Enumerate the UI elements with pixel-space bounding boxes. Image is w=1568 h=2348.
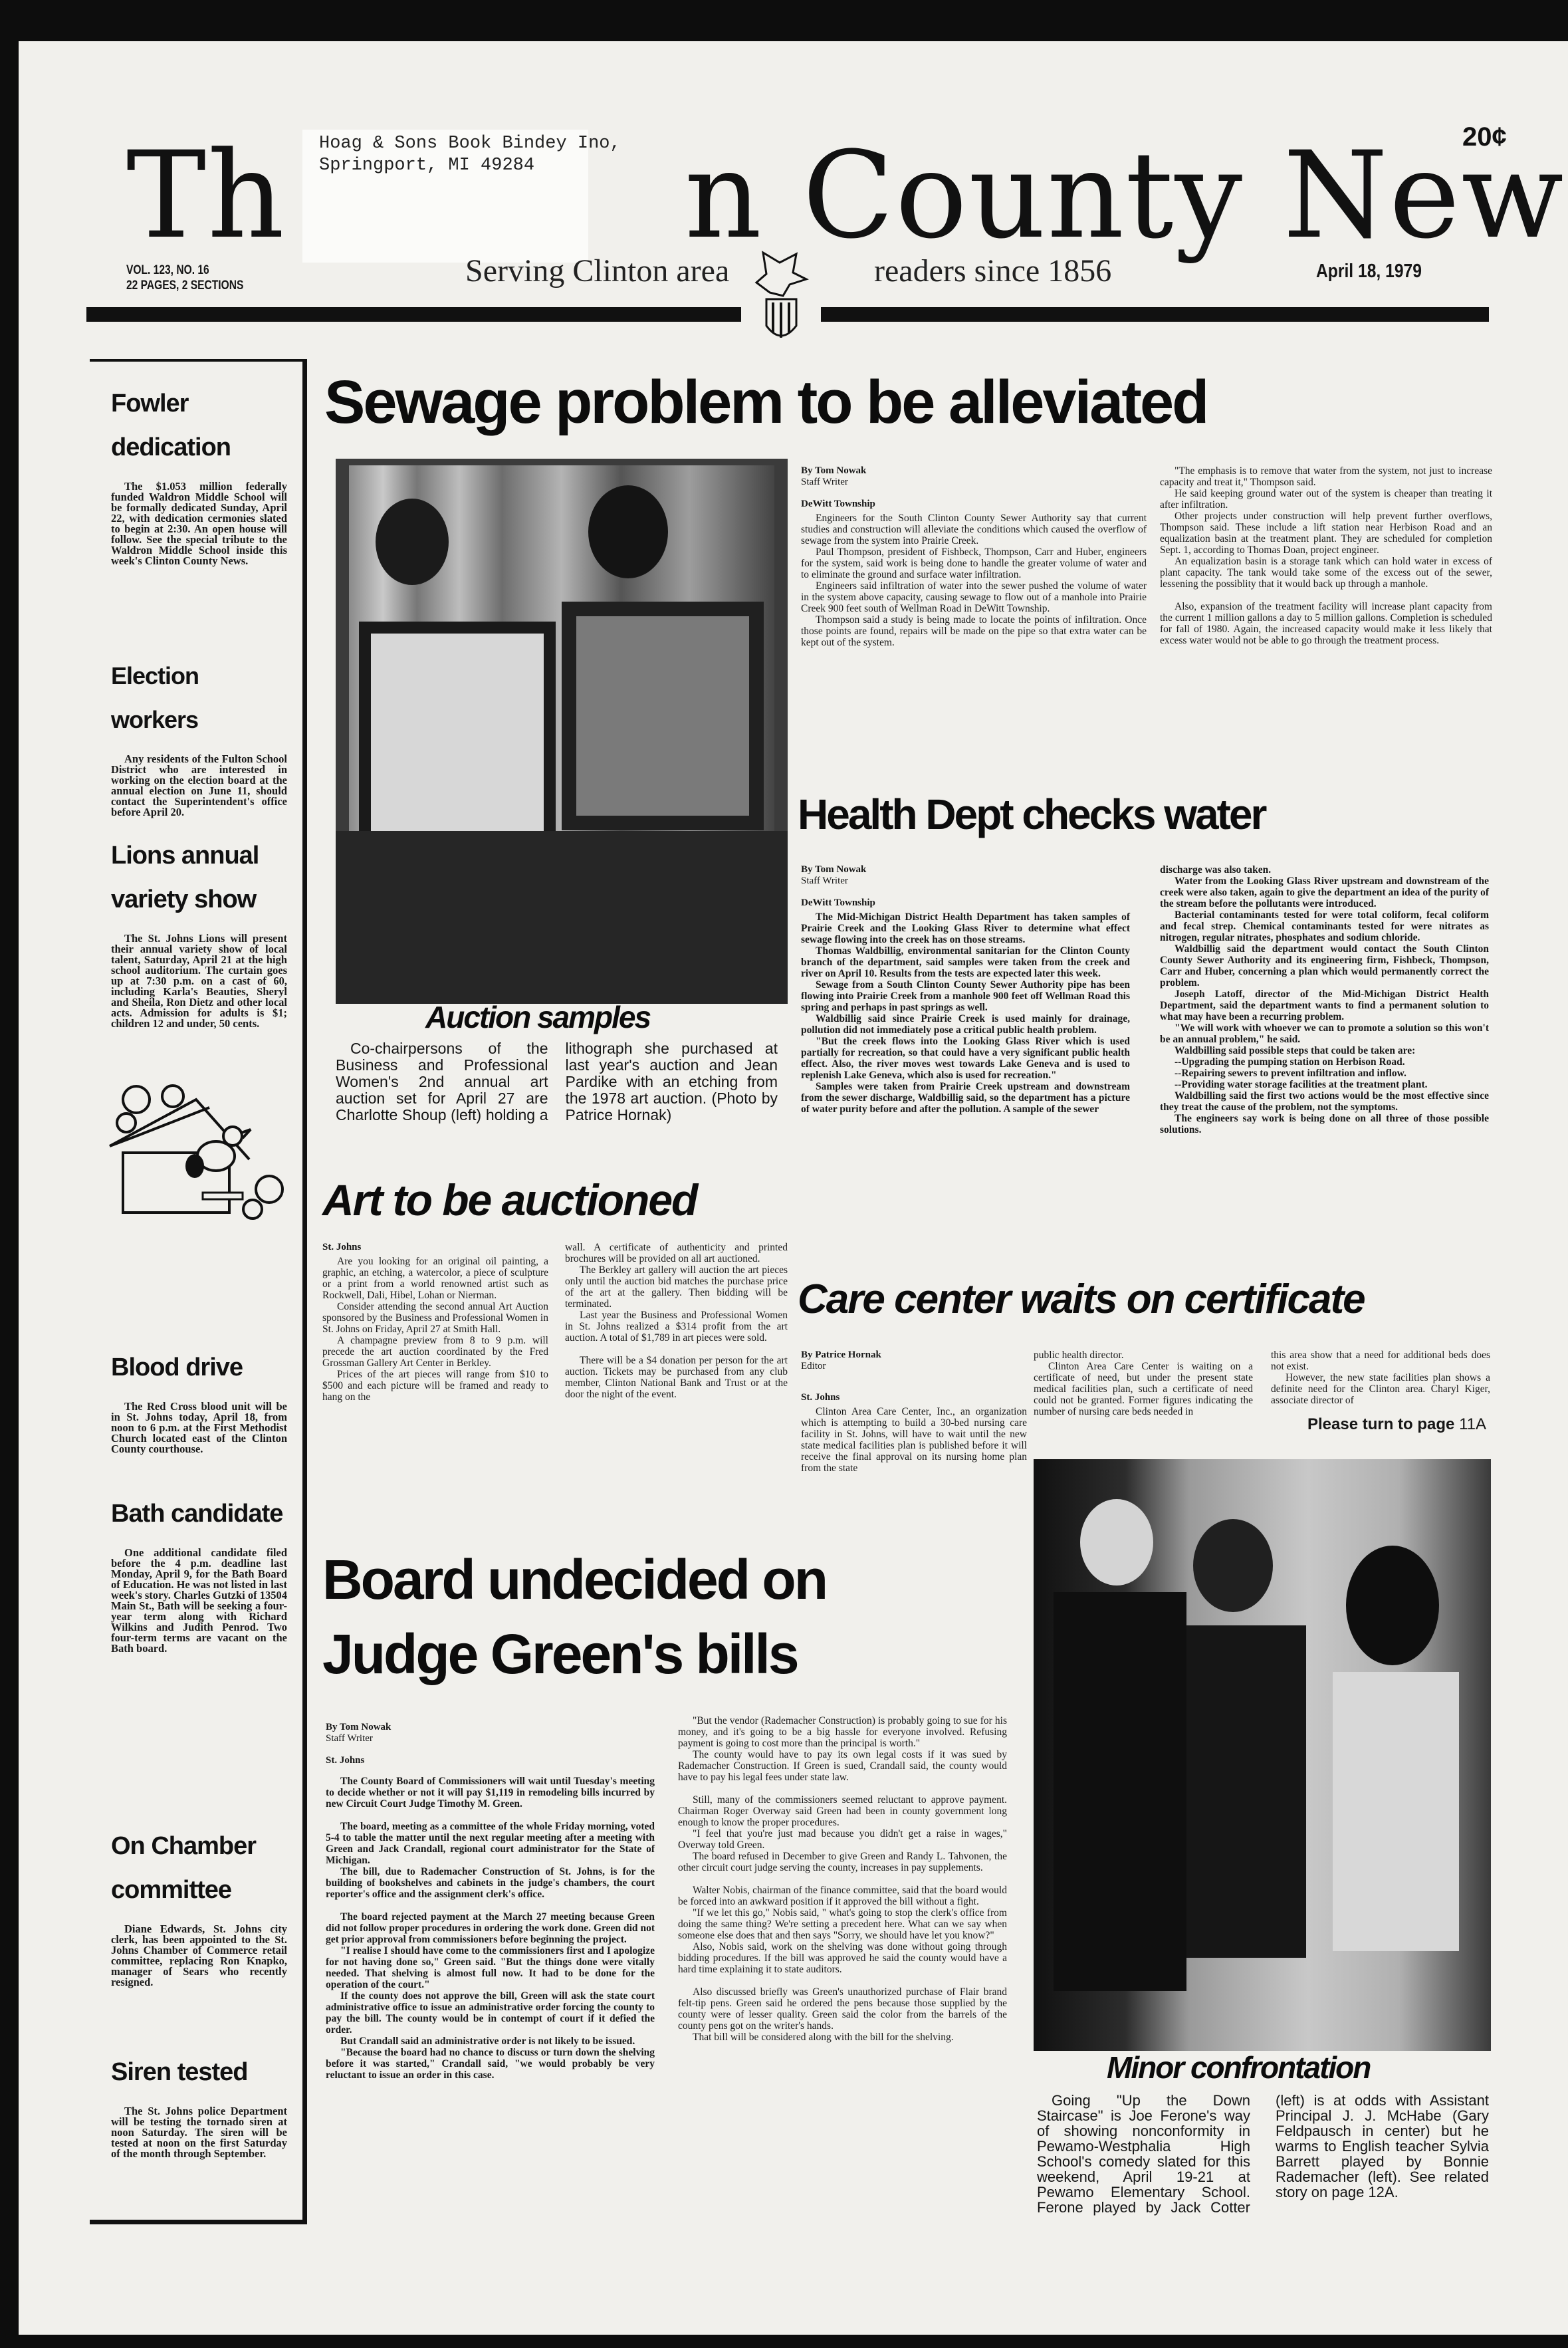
article-health-col2: discharge was also taken. Water from the… — [1160, 864, 1489, 1135]
paragraph: Thompson said a study is being made to l… — [801, 614, 1147, 648]
paragraph: He said keeping ground water out of the … — [1160, 488, 1492, 511]
brief-body: The St. Johns police Department will be … — [111, 2106, 287, 2159]
binder-label: Hoag & Sons Book Bindey Ino, Springport,… — [319, 133, 631, 183]
article-body: public health director. Clinton Area Car… — [1034, 1350, 1253, 1417]
paragraph: Samples were taken from Prairie Creek up… — [801, 1081, 1130, 1115]
paragraph: this area show that a need for additiona… — [1271, 1350, 1490, 1372]
paragraph: Consider attending the second annual Art… — [322, 1301, 548, 1335]
paragraph: Bacterial contaminants tested for were t… — [1160, 909, 1489, 943]
headline-board-undecided: Board undecided on Judge Green's bills — [322, 1542, 826, 1691]
paragraph: Waldbillig said since Prairie Creek is u… — [801, 1013, 1130, 1036]
paragraph: The county would have to pay its own leg… — [678, 1749, 1007, 1783]
paragraph: --Upgrading the pumping station on Herbi… — [1160, 1056, 1489, 1068]
paragraph: --Providing water storage facilities at … — [1160, 1079, 1489, 1090]
person-left-body — [1054, 1592, 1186, 1991]
paragraph: Sewage from a South Clinton County Sewer… — [801, 979, 1130, 1013]
article-art-col1: St. Johns Are you looking for an origina… — [322, 1242, 548, 1403]
brief-body: The $1.053 million federally funded Wald… — [111, 481, 287, 566]
paragraph: Walter Nobis, chairman of the finance co… — [678, 1885, 1007, 1907]
paragraph: The engineers say work is being done on … — [1160, 1113, 1489, 1135]
paragraph: An equalization basin is a storage tank … — [1160, 556, 1492, 590]
byline-role: Staff Writer — [801, 876, 1130, 887]
paragraph: Waldbilling said the first two actions w… — [1160, 1090, 1489, 1113]
headline-auction-samples: Auction samples — [425, 997, 650, 1037]
paragraph: Last year the Business and Professional … — [565, 1310, 788, 1344]
brief-body: One additional candidate filed before th… — [111, 1548, 287, 1654]
paragraph: Are you looking for an original oil pain… — [322, 1256, 548, 1301]
byline-role: Staff Writer — [801, 477, 1147, 488]
article-board-col2: "But the vendor (Rademacher Construction… — [678, 1715, 1007, 2043]
person-center-body — [1186, 1625, 1306, 1958]
article-board-col1: By Tom NowakStaff Writer St. Johns The C… — [326, 1722, 655, 2081]
headline-health-dept: Health Dept checks water — [798, 784, 1265, 844]
paragraph: A champagne preview from 8 to 9 p.m. wil… — [322, 1335, 548, 1369]
paragraph: The board rejected payment at the March … — [326, 1911, 655, 1945]
paragraph: Also discussed briefly was Green's unaut… — [678, 1986, 1007, 2032]
article-location: St. Johns — [801, 1392, 1027, 1403]
brief-body: The Red Cross blood unit will be in St. … — [111, 1401, 287, 1455]
brief-bath-candidate: Bath candidate One additional candidate … — [111, 1492, 287, 1654]
article-body: Are you looking for an original oil pain… — [322, 1256, 548, 1403]
tagline-right: readers since 1856 — [874, 253, 1111, 289]
article-body: wall. A certificate of authenticity and … — [565, 1242, 788, 1400]
article-art-col2: wall. A certificate of authenticity and … — [565, 1242, 788, 1400]
person-left — [376, 499, 449, 585]
paragraph: However, the new state facilities plan s… — [1271, 1372, 1490, 1406]
article-health-col1: By Tom NowakStaff Writer DeWitt Township… — [801, 864, 1130, 1115]
paragraph: That bill will be considered along with … — [678, 2032, 1007, 2043]
paragraph: Also, expansion of the treatment facilit… — [1160, 601, 1492, 646]
article-care-col1: By Patrice HornakEditor St. Johns Clinto… — [801, 1350, 1027, 1474]
paragraph: discharge was also taken. — [1160, 864, 1489, 876]
paragraph: Paul Thompson, president of Fishbeck, Th… — [801, 546, 1147, 580]
paragraph: The bill, due to Rademacher Construction… — [326, 1866, 655, 1900]
price: 20¢ — [1462, 122, 1507, 152]
article-body: The County Board of Commissioners will w… — [326, 1776, 655, 2081]
paragraph: Clinton Area Care Center is waiting on a… — [1034, 1361, 1253, 1417]
article-sewage-col2: "The emphasis is to remove that water fr… — [1160, 465, 1492, 646]
paragraph: "I feel that you're just mad because you… — [678, 1828, 1007, 1851]
tagline-left: Serving Clinton area — [465, 253, 729, 289]
headline-line: Board undecided on — [322, 1542, 826, 1617]
brief-election-workers: Election workers Any residents of the Fu… — [111, 654, 287, 818]
brief-title: Blood drive — [111, 1346, 287, 1389]
paragraph: "Because the board had no chance to disc… — [326, 2047, 655, 2081]
brief-title: Lions annual — [111, 842, 259, 870]
paragraph: Also, Nobis said, work on the shelving w… — [678, 1941, 1007, 1975]
paragraph: Waldbilling said possible steps that cou… — [1160, 1045, 1489, 1056]
brief-title: variety show — [111, 885, 256, 913]
paragraph: Still, many of the commissioners seemed … — [678, 1794, 1007, 1828]
article-care-col3: this area show that a need for additiona… — [1271, 1350, 1490, 1434]
article-body: "But the vendor (Rademacher Construction… — [678, 1715, 1007, 2043]
paragraph: Water from the Looking Glass River upstr… — [1160, 876, 1489, 909]
brief-body: The St. Johns Lions will present their a… — [111, 933, 287, 1029]
brief-body: Any residents of the Fulton School Distr… — [111, 754, 287, 818]
article-care-col2: public health director. Clinton Area Car… — [1034, 1350, 1253, 1417]
paragraph: Other projects under construction will h… — [1160, 511, 1492, 556]
volume-info: VOL. 123, NO. 16 22 PAGES, 2 SECTIONS — [126, 263, 243, 293]
issue-date: April 18, 1979 — [1316, 261, 1422, 283]
photo-auction-samples — [336, 459, 788, 1004]
masthead-rule-left — [86, 307, 741, 322]
article-body: this area show that a need for additiona… — [1271, 1350, 1490, 1406]
paragraph: wall. A certificate of authenticity and … — [565, 1242, 788, 1264]
article-location: DeWitt Township — [801, 499, 1147, 510]
article-body: discharge was also taken. Water from the… — [1160, 864, 1489, 1135]
paragraph: Thomas Waldbillig, environmental sanitar… — [801, 945, 1130, 979]
paragraph: "But the creek flows into the Looking Gl… — [801, 1036, 1130, 1081]
page-count: 22 PAGES, 2 SECTIONS — [126, 278, 243, 293]
article-body: "The emphasis is to remove that water fr… — [1160, 465, 1492, 646]
article-body: Clinton Area Care Center, Inc., an organ… — [801, 1406, 1027, 1474]
headline-sewage: Sewage problem to be alleviated — [324, 362, 1207, 442]
headline-minor-confrontation: Minor confrontation — [1107, 2048, 1370, 2087]
byline-author: By Tom Nowak — [801, 864, 866, 875]
paragraph: --Repairing sewers to prevent infiltrati… — [1160, 1068, 1489, 1079]
paragraph: The Mid-Michigan District Health Departm… — [801, 911, 1130, 945]
caption-text: Going "Up the Down Staircase" is Joe Fer… — [1037, 2093, 1489, 2215]
auction-photo-caption: Co-chairpersons of the Business and Prof… — [336, 1040, 778, 1123]
article-sewage-col1: By Tom NowakStaff Writer DeWitt Township… — [801, 465, 1147, 648]
binder-label-line1: Hoag & Sons Book Bindey Ino, — [319, 133, 631, 155]
person-right-body — [1333, 1672, 1459, 1951]
binder-label-line2: Springport, MI 49284 — [319, 155, 631, 177]
person-center-hair — [1193, 1519, 1273, 1612]
paragraph: If the county does not approve the bill,… — [326, 1990, 655, 2036]
eagle-shield-icon — [743, 246, 820, 352]
article-location: St. Johns — [326, 1755, 655, 1766]
paragraph: Clinton Area Care Center, Inc., an organ… — [801, 1406, 1027, 1474]
jump-page[interactable]: 11A — [1459, 1415, 1486, 1433]
brief-lions-variety-show: Lions annualvariety show The St. Johns L… — [111, 834, 287, 1029]
article-body: The Mid-Michigan District Health Departm… — [801, 911, 1130, 1115]
jump-line[interactable]: Please turn to page 11A — [1271, 1415, 1490, 1434]
paragraph: "I realise I should have come to the com… — [326, 1945, 655, 1990]
lithograph-frame — [359, 622, 556, 852]
photo-minor-confrontation — [1034, 1459, 1491, 2051]
article-location: St. Johns — [322, 1242, 548, 1253]
caption-text: Co-chairpersons of the Business and Prof… — [336, 1040, 778, 1123]
paragraph: "If we let this go," Nobis said, " what'… — [678, 1907, 1007, 1941]
minor-photo-caption: Going "Up the Down Staircase" is Joe Fer… — [1037, 2093, 1489, 2215]
brief-title: On Chamber — [111, 1832, 256, 1860]
brief-title: Fowler — [111, 390, 188, 417]
brief-fowler-dedication: Fowlerdedication The $1.053 million fede… — [111, 382, 287, 566]
etching-frame — [562, 602, 764, 830]
paragraph: The board, meeting as a committee of the… — [326, 1821, 655, 1866]
masthead-title-right: n County News — [685, 126, 1568, 265]
masthead-title: Thn County News — [126, 130, 1389, 263]
brief-siren-tested: Siren tested The St. Johns police Depart… — [111, 2050, 287, 2159]
byline-author: By Tom Nowak — [326, 1722, 391, 1732]
headline-care-center: Care center waits on certificate — [798, 1273, 1365, 1326]
brief-title: Bath candidate — [111, 1492, 287, 1536]
brief-blood-drive: Blood drive The Red Cross blood unit wil… — [111, 1346, 287, 1455]
paragraph: "But the vendor (Rademacher Construction… — [678, 1715, 1007, 1749]
jump-label: Please turn to page — [1307, 1415, 1454, 1433]
paragraph: The board refused in December to give Gr… — [678, 1851, 1007, 1873]
byline-role: Staff Writer — [326, 1733, 655, 1744]
brief-title: dedication — [111, 433, 231, 461]
paragraph: The Berkley art gallery will auction the… — [565, 1264, 788, 1310]
masthead-rule-right — [821, 307, 1489, 322]
briefs-column: Fowlerdedication The $1.053 million fede… — [90, 359, 307, 2224]
volume-number: VOL. 123, NO. 16 — [126, 263, 243, 278]
headline-line: Judge Green's bills — [322, 1617, 826, 1691]
byline-author: By Tom Nowak — [801, 465, 866, 476]
person-right — [588, 485, 668, 578]
brief-chamber-committee: On Chambercommittee Diane Edwards, St. J… — [111, 1824, 287, 1988]
paragraph: The County Board of Commissioners will w… — [326, 1776, 655, 1810]
paragraph: Prices of the art pieces will range from… — [322, 1369, 548, 1403]
paragraph: "We will work with whoever we can to pro… — [1160, 1022, 1489, 1045]
paragraph: Joseph Latoff, director of the Mid-Michi… — [1160, 989, 1489, 1022]
paragraph: Engineers for the South Clinton County S… — [801, 513, 1147, 546]
paragraph: Engineers said infiltration of water int… — [801, 580, 1147, 614]
article-location: DeWitt Township — [801, 897, 1130, 909]
paragraph: But Crandall said an administrative orde… — [326, 2036, 655, 2047]
paragraph: "The emphasis is to remove that water fr… — [1160, 465, 1492, 488]
paragraph: public health director. — [1034, 1350, 1253, 1361]
photo-foreground — [336, 831, 788, 1004]
person-right-hair — [1346, 1546, 1439, 1665]
headline-art-auction: Art to be auctioned — [322, 1170, 697, 1230]
brief-body: Diane Edwards, St. Johns city clerk, has… — [111, 1924, 287, 1988]
birdhouse-icon — [96, 1066, 296, 1226]
article-body: Engineers for the South Clinton County S… — [801, 513, 1147, 648]
person-left-face — [1080, 1499, 1153, 1585]
paragraph: Waldbillig said the department would con… — [1160, 943, 1489, 989]
brief-title: Election workers — [111, 654, 287, 742]
byline-role: Editor — [801, 1361, 1027, 1372]
brief-title: committee — [111, 1876, 231, 1904]
byline-author: By Patrice Hornak — [801, 1350, 881, 1360]
paragraph: There will be a $4 donation per person f… — [565, 1355, 788, 1400]
brief-title: Siren tested — [111, 2050, 287, 2094]
masthead-title-left: Th — [126, 126, 286, 265]
